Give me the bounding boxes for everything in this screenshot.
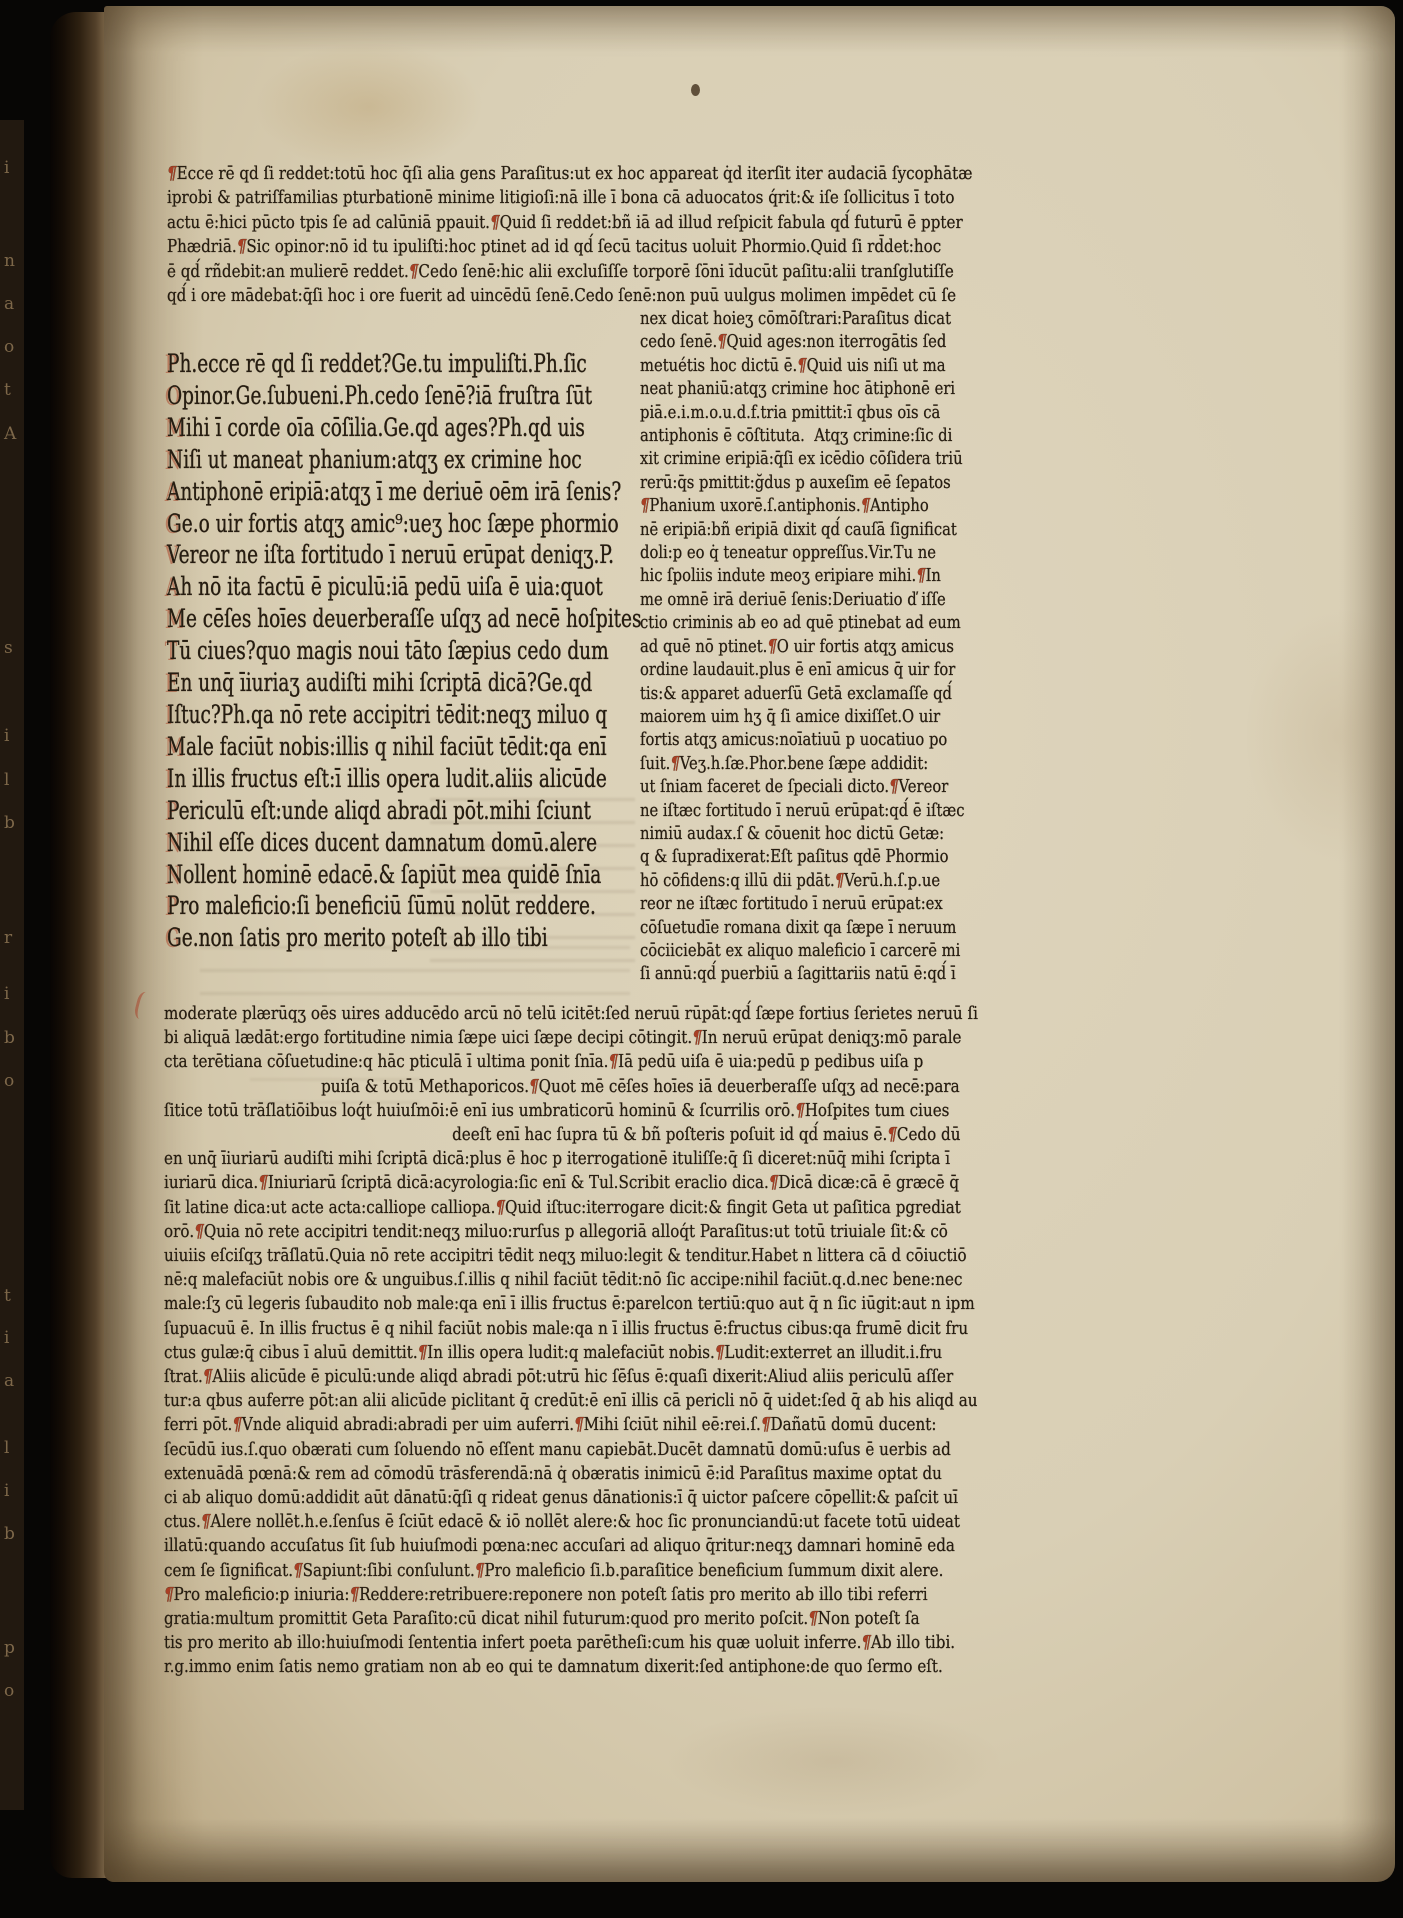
margin-fragment: p xyxy=(4,1640,15,1657)
verse-line: In illis fructus eſt:ī illis opera ludit… xyxy=(167,763,521,795)
margin-fragment: i xyxy=(4,160,9,177)
text-line: cedo ſenē.¶Quid ages:non iterrogātis ſed xyxy=(640,330,920,353)
text-line: nē eripiā:bñ eripiā dixit qd́ cauſā ſign… xyxy=(640,518,920,541)
text-line: ctus gulæ:q̄ cibus ī aluū demittit.¶In i… xyxy=(164,1341,851,1365)
pilcrow-mark: ¶ xyxy=(237,236,247,257)
pilcrow-mark: ¶ xyxy=(574,1414,584,1435)
margin-fragment: t xyxy=(4,382,11,399)
pilcrow-mark: ¶ xyxy=(769,1172,779,1193)
text-line: ſupuacuū ē. In illis fructus ē q nihil f… xyxy=(164,1317,851,1341)
text-line: ſit latine dica:ut acte acta:calliope ca… xyxy=(164,1196,851,1220)
pilcrow-mark: ¶ xyxy=(670,753,679,774)
pilcrow-mark: ¶ xyxy=(409,261,419,282)
verse-line: Opinor.Ge.ſubueni.Ph.cedo ſenē?iā fruſtr… xyxy=(167,380,521,412)
verse-line: Tū ciues?quo magis noui tāto ſæpius cedo… xyxy=(167,635,521,667)
text-line: fortis atqʒ amicus:noīatiuū p uocatiuo p… xyxy=(640,728,920,751)
text-line: antiphonis ē cōſtituta. Atqʒ crimine:ſic… xyxy=(640,424,920,447)
text-line: illatū:quando accuſatus ſit ſub huiuſmod… xyxy=(164,1534,851,1558)
margin-fragment: a xyxy=(4,1373,14,1390)
margin-fragment: s xyxy=(4,640,13,657)
text-line: ¶Phanium uxorē.ſ.antiphonis.¶Antipho xyxy=(640,494,920,517)
text-line: ctio criminis ab eo ad quē ptinebat ad e… xyxy=(640,611,920,634)
text-line: neat phaniū:atqʒ crimine hoc ātiphonē er… xyxy=(640,377,920,400)
text-line: deeſt enī hac ſupra tū & bñ poſteris poſ… xyxy=(164,1123,851,1147)
pilcrow-mark: ¶ xyxy=(887,1124,897,1145)
text-line: Phædriā.¶Sic opinor:nō id tu ipuliſti:ho… xyxy=(167,235,852,259)
text-line: bi aliquā lædāt:ergo fortitudine nimia ſ… xyxy=(164,1026,851,1050)
text-line: actu ē:hici pūcto tpis ſe ad calūniā ppa… xyxy=(167,211,852,235)
pilcrow-mark: ¶ xyxy=(201,1511,211,1532)
text-line: maiorem uim hʒ q̄ ſi amice dixiſſet.O ui… xyxy=(640,705,920,728)
text-line: ut ſniam faceret de ſpeciali dicto.¶Vere… xyxy=(640,775,920,798)
text-line: ſi annū:qd́ puerbiū a ſagittariis natū ē… xyxy=(640,962,920,985)
text-line: iprobi & patriſfamilias pturbationē mini… xyxy=(167,186,852,210)
text-line: ſtrat.¶Aliis alicūde ē piculū:unde aliqd… xyxy=(164,1365,851,1389)
commentary-bottom-block: moderate plærūqʒ oēs uires adducēdo arcū… xyxy=(164,1002,982,1680)
pilcrow-mark: ¶ xyxy=(692,1027,702,1048)
text-line: piā.e.i.m.o.u.d.f.tria pmittit:ī qbus oī… xyxy=(640,401,920,424)
text-line: extenuādā pœnā:& rem ad cōmodū trāsferen… xyxy=(164,1462,851,1486)
text-line: cem ſe ſignificat.¶Sapiunt:ſibi conſulun… xyxy=(164,1559,851,1583)
text-line: male:ſʒ cū legeris ſubaudito nob male:qa… xyxy=(164,1292,851,1316)
verse-line: En unq̄ īiuriaʒ audiſti mihi ſcriptā dic… xyxy=(167,667,521,699)
pilcrow-mark: ¶ xyxy=(475,1560,485,1581)
pilcrow-mark: ¶ xyxy=(490,212,500,233)
text-line: ordine laudauit.plus ē enī amicus q̄ uir… xyxy=(640,658,920,681)
verse-line: Antiphonē eripiā:atqʒ ī me deriuē oēm ir… xyxy=(167,476,521,508)
text-line: ¶Ecce rē qd ſi reddet:totū hoc q̄ſi alia… xyxy=(167,162,852,186)
text-line: cta terētiana cōſuetudine:q hāc pticulā … xyxy=(164,1050,851,1074)
text-line: ¶Pro maleficio:p iniuria:¶Reddere:retrib… xyxy=(164,1583,851,1607)
verse-line: Ph.ecce rē qd ſi reddet?Ge.tu impuliſti.… xyxy=(167,348,521,380)
text-line: nimiū audax.ſ & cōuenit hoc dictū Getæ: xyxy=(640,822,920,845)
text-line: q & ſupradixerat:Eſt paſitus qdē Phormio xyxy=(640,845,920,868)
margin-fragment: b xyxy=(4,1526,15,1543)
pilcrow-mark: ¶ xyxy=(797,355,806,376)
facing-page-sliver: inaotAsilbribotialibpo xyxy=(0,120,24,1810)
verse-line: Pro maleficio:ſi beneficiū ſūmū nolūt re… xyxy=(167,890,521,922)
text-line: qd́ i ore mādebat:q̄ſi hoc i ore fuerit … xyxy=(167,284,852,308)
margin-fragment: l xyxy=(4,1440,9,1457)
text-line: me omnē irā deriuē ſenis:Deriuatio ď iſſ… xyxy=(640,588,920,611)
pilcrow-mark: ¶ xyxy=(861,495,870,516)
verse-line: Nollent hominē edacē.& ſapiūt mea quidē … xyxy=(167,859,521,891)
pilcrow-mark: ¶ xyxy=(717,331,726,352)
margin-fragment: i xyxy=(4,986,9,1003)
text-line: puiſa & totū Methaporicos.¶Quot mē cēſes… xyxy=(164,1075,851,1099)
pilcrow-mark: ¶ xyxy=(889,776,898,797)
pilcrow-mark: ¶ xyxy=(258,1172,268,1193)
text-line: nē:q malefaciūt nobis ore & unguibus.ſ.i… xyxy=(164,1268,851,1292)
margin-fragment: n xyxy=(4,253,15,270)
text-line: ad quē nō ptinet.¶O uir fortis atqʒ amic… xyxy=(640,635,920,658)
pilcrow-mark: ¶ xyxy=(916,565,925,586)
margin-fragment: i xyxy=(4,1483,9,1500)
paper-stain xyxy=(254,42,484,172)
pilcrow-mark: ¶ xyxy=(861,1632,871,1653)
scan-background: inaotAsilbribotialibpo ¶Ecce rē qd ſi re… xyxy=(0,0,1403,1918)
text-line: ctus.¶Alere nollēt.h.e.ſenſus ē ſciūt ed… xyxy=(164,1510,851,1534)
binding-leaf-edges xyxy=(50,12,110,1878)
verse-line: Ge.o uir fortis atqʒ amic⁹:ueʒ hoc ſæpe … xyxy=(167,508,521,540)
text-line: moderate plærūqʒ oēs uires adducēdo arcū… xyxy=(164,1002,851,1026)
verse-line: Ge.non ſatis pro merito poteſt ab illo t… xyxy=(167,922,521,954)
margin-fragment: i xyxy=(4,1330,9,1347)
margin-fragment: o xyxy=(4,1683,14,1700)
text-line: xit crimine eripiā:q̄ſi ex icēdio cōſide… xyxy=(640,447,920,470)
pilcrow-mark: ¶ xyxy=(640,495,649,516)
text-line: cōciiciebāt ex aliquo maleficio ī carcer… xyxy=(640,939,920,962)
margin-fragment: A xyxy=(4,426,16,443)
text-line: cōſuetudīe romana dixit qa ſæpe ī neruum xyxy=(640,916,920,939)
text-line: ne iſtæc fortitudo ī neruū erūpat:qd́ ē … xyxy=(640,799,920,822)
pilcrow-mark: ¶ xyxy=(495,1197,505,1218)
text-line: uiuiis eſciſqʒ trāſlatū.Quia nō rete acc… xyxy=(164,1244,851,1268)
play-text-block: Ph.ecce rē qd ſi reddet?Ge.tu impuliſti.… xyxy=(167,348,645,954)
text-line: nex dicat hoieʒ cōmōſtrari:Paraſitus dic… xyxy=(640,307,920,330)
pilcrow-mark: ¶ xyxy=(232,1414,242,1435)
pilcrow-mark: ¶ xyxy=(194,1221,204,1242)
text-line: ci ab aliquo domū:addidit aūt dānatū:q̄ſ… xyxy=(164,1486,851,1510)
margin-fragment: o xyxy=(4,1073,14,1090)
text-line: doli:p eo q̇ teneatur oppreſſus.Vir.Tu n… xyxy=(640,541,920,564)
margin-fragment: i xyxy=(4,728,9,745)
text-line: en unq̄ īiuriarū audiſti mihi ſcriptā di… xyxy=(164,1147,851,1171)
pilcrow-mark: ¶ xyxy=(715,1342,725,1363)
margin-fragment: r xyxy=(4,930,12,947)
pilcrow-mark: ¶ xyxy=(761,1414,771,1435)
margin-fragment: b xyxy=(4,815,15,832)
commentary-top-block: ¶Ecce rē qd ſi reddet:totū hoc q̄ſi alia… xyxy=(167,162,982,308)
pilcrow-mark: ¶ xyxy=(349,1584,359,1605)
pilcrow-mark: ¶ xyxy=(167,163,177,184)
verse-line: Periculū eſt:unde aliqd abradi pōt.mihi … xyxy=(167,795,521,827)
paper-stain xyxy=(664,1706,1004,1816)
paper-stain xyxy=(1244,606,1403,866)
text-line: ſecūdū ius.ſ.quo obærati cum ſoluendo nō… xyxy=(164,1438,851,1462)
text-line: r.g.immo enim ſatis nemo gratiam non ab … xyxy=(164,1655,851,1679)
margin-fragment: a xyxy=(4,296,14,313)
text-line: hic ſpoliis indute meoʒ eripiare mihi.¶I… xyxy=(640,564,920,587)
pilcrow-mark: ¶ xyxy=(293,1560,303,1581)
text-line: tis pro merito ab illo:huiuſmodi ſentent… xyxy=(164,1631,851,1655)
verse-line: Nihil eſſe dices ducent damnatum domū.al… xyxy=(167,827,521,859)
verse-line: Male faciūt nobis:illis q nihil faciūt t… xyxy=(167,731,521,763)
verse-line: Mihi ī corde oīa cōſilia.Ge.qd ages?Ph.q… xyxy=(167,412,521,444)
pilcrow-mark: ¶ xyxy=(795,1100,805,1121)
text-line: metuétis hoc dictū ē.¶Quid uis niſi ut m… xyxy=(640,354,920,377)
text-line: rerū:q̄s pmittit:ğdus p auxeſim eē ſepat… xyxy=(640,471,920,494)
text-line: hō cōfidens:q illū dii pdāt.¶Verū.h.ſ.p.… xyxy=(640,869,920,892)
pilcrow-mark: ¶ xyxy=(835,870,844,891)
pilcrow-mark: ¶ xyxy=(808,1608,818,1629)
commentary-right-column: nex dicat hoieʒ cōmōſtrari:Paraſitus dic… xyxy=(640,307,982,986)
margin-fragment: b xyxy=(4,1030,15,1047)
pilcrow-mark: ¶ xyxy=(203,1366,213,1387)
verse-line: Vereor ne iſta fortitudo ī neruū erūpat … xyxy=(167,539,521,571)
text-line: ſuit.¶Veʒ.h.ſæ.Phor.bene ſæpe addidit: xyxy=(640,752,920,775)
text-line: iuriarū dica.¶Iniuriarū ſcriptā dicā:acy… xyxy=(164,1171,851,1195)
text-line: reor ne iſtæc fortitudo ī neruū erūpat:e… xyxy=(640,892,920,915)
text-line: tur:a qbus auferre pōt:an alii alicūde p… xyxy=(164,1389,851,1413)
text-line: orō.¶Quia nō rete accipitri tendit:neqʒ … xyxy=(164,1220,851,1244)
margin-fragment: t xyxy=(4,1288,11,1305)
pilcrow-mark: ¶ xyxy=(164,1584,174,1605)
margin-fragment: o xyxy=(4,339,14,356)
pilcrow-mark: ¶ xyxy=(608,1051,618,1072)
text-line: gratia:multum promittit Geta Paraſito:cū… xyxy=(164,1607,851,1631)
pilcrow-mark: ¶ xyxy=(418,1342,428,1363)
margin-fragment: l xyxy=(4,772,9,789)
text-line: ferri pōt.¶Vnde aliquid abradi:abradi pe… xyxy=(164,1413,851,1437)
text-line: ſitice totū trāſlatiōibus loq́t huiuſmōi… xyxy=(164,1099,851,1123)
text-line: tis:& apparet aduerſū Getā exclamaſſe qd… xyxy=(640,682,920,705)
verse-line: Ah nō ita factū ē piculū:iā pedū uiſa ē … xyxy=(167,571,521,603)
pilcrow-mark: ¶ xyxy=(767,636,776,657)
verse-line: Niſi ut maneat phanium:atqʒ ex crimine h… xyxy=(167,444,521,476)
pilcrow-mark: ¶ xyxy=(529,1076,539,1097)
text-line: ē qd́ rñdebit:an mulierē reddet.¶Cedo ſe… xyxy=(167,260,852,284)
verse-line: Iſtuc?Ph.qa nō rete accipitri tēdit:neqʒ… xyxy=(167,699,521,731)
verse-line: Me cēſes hoīes deuerberaſſe uſqʒ ad necē… xyxy=(167,603,521,635)
